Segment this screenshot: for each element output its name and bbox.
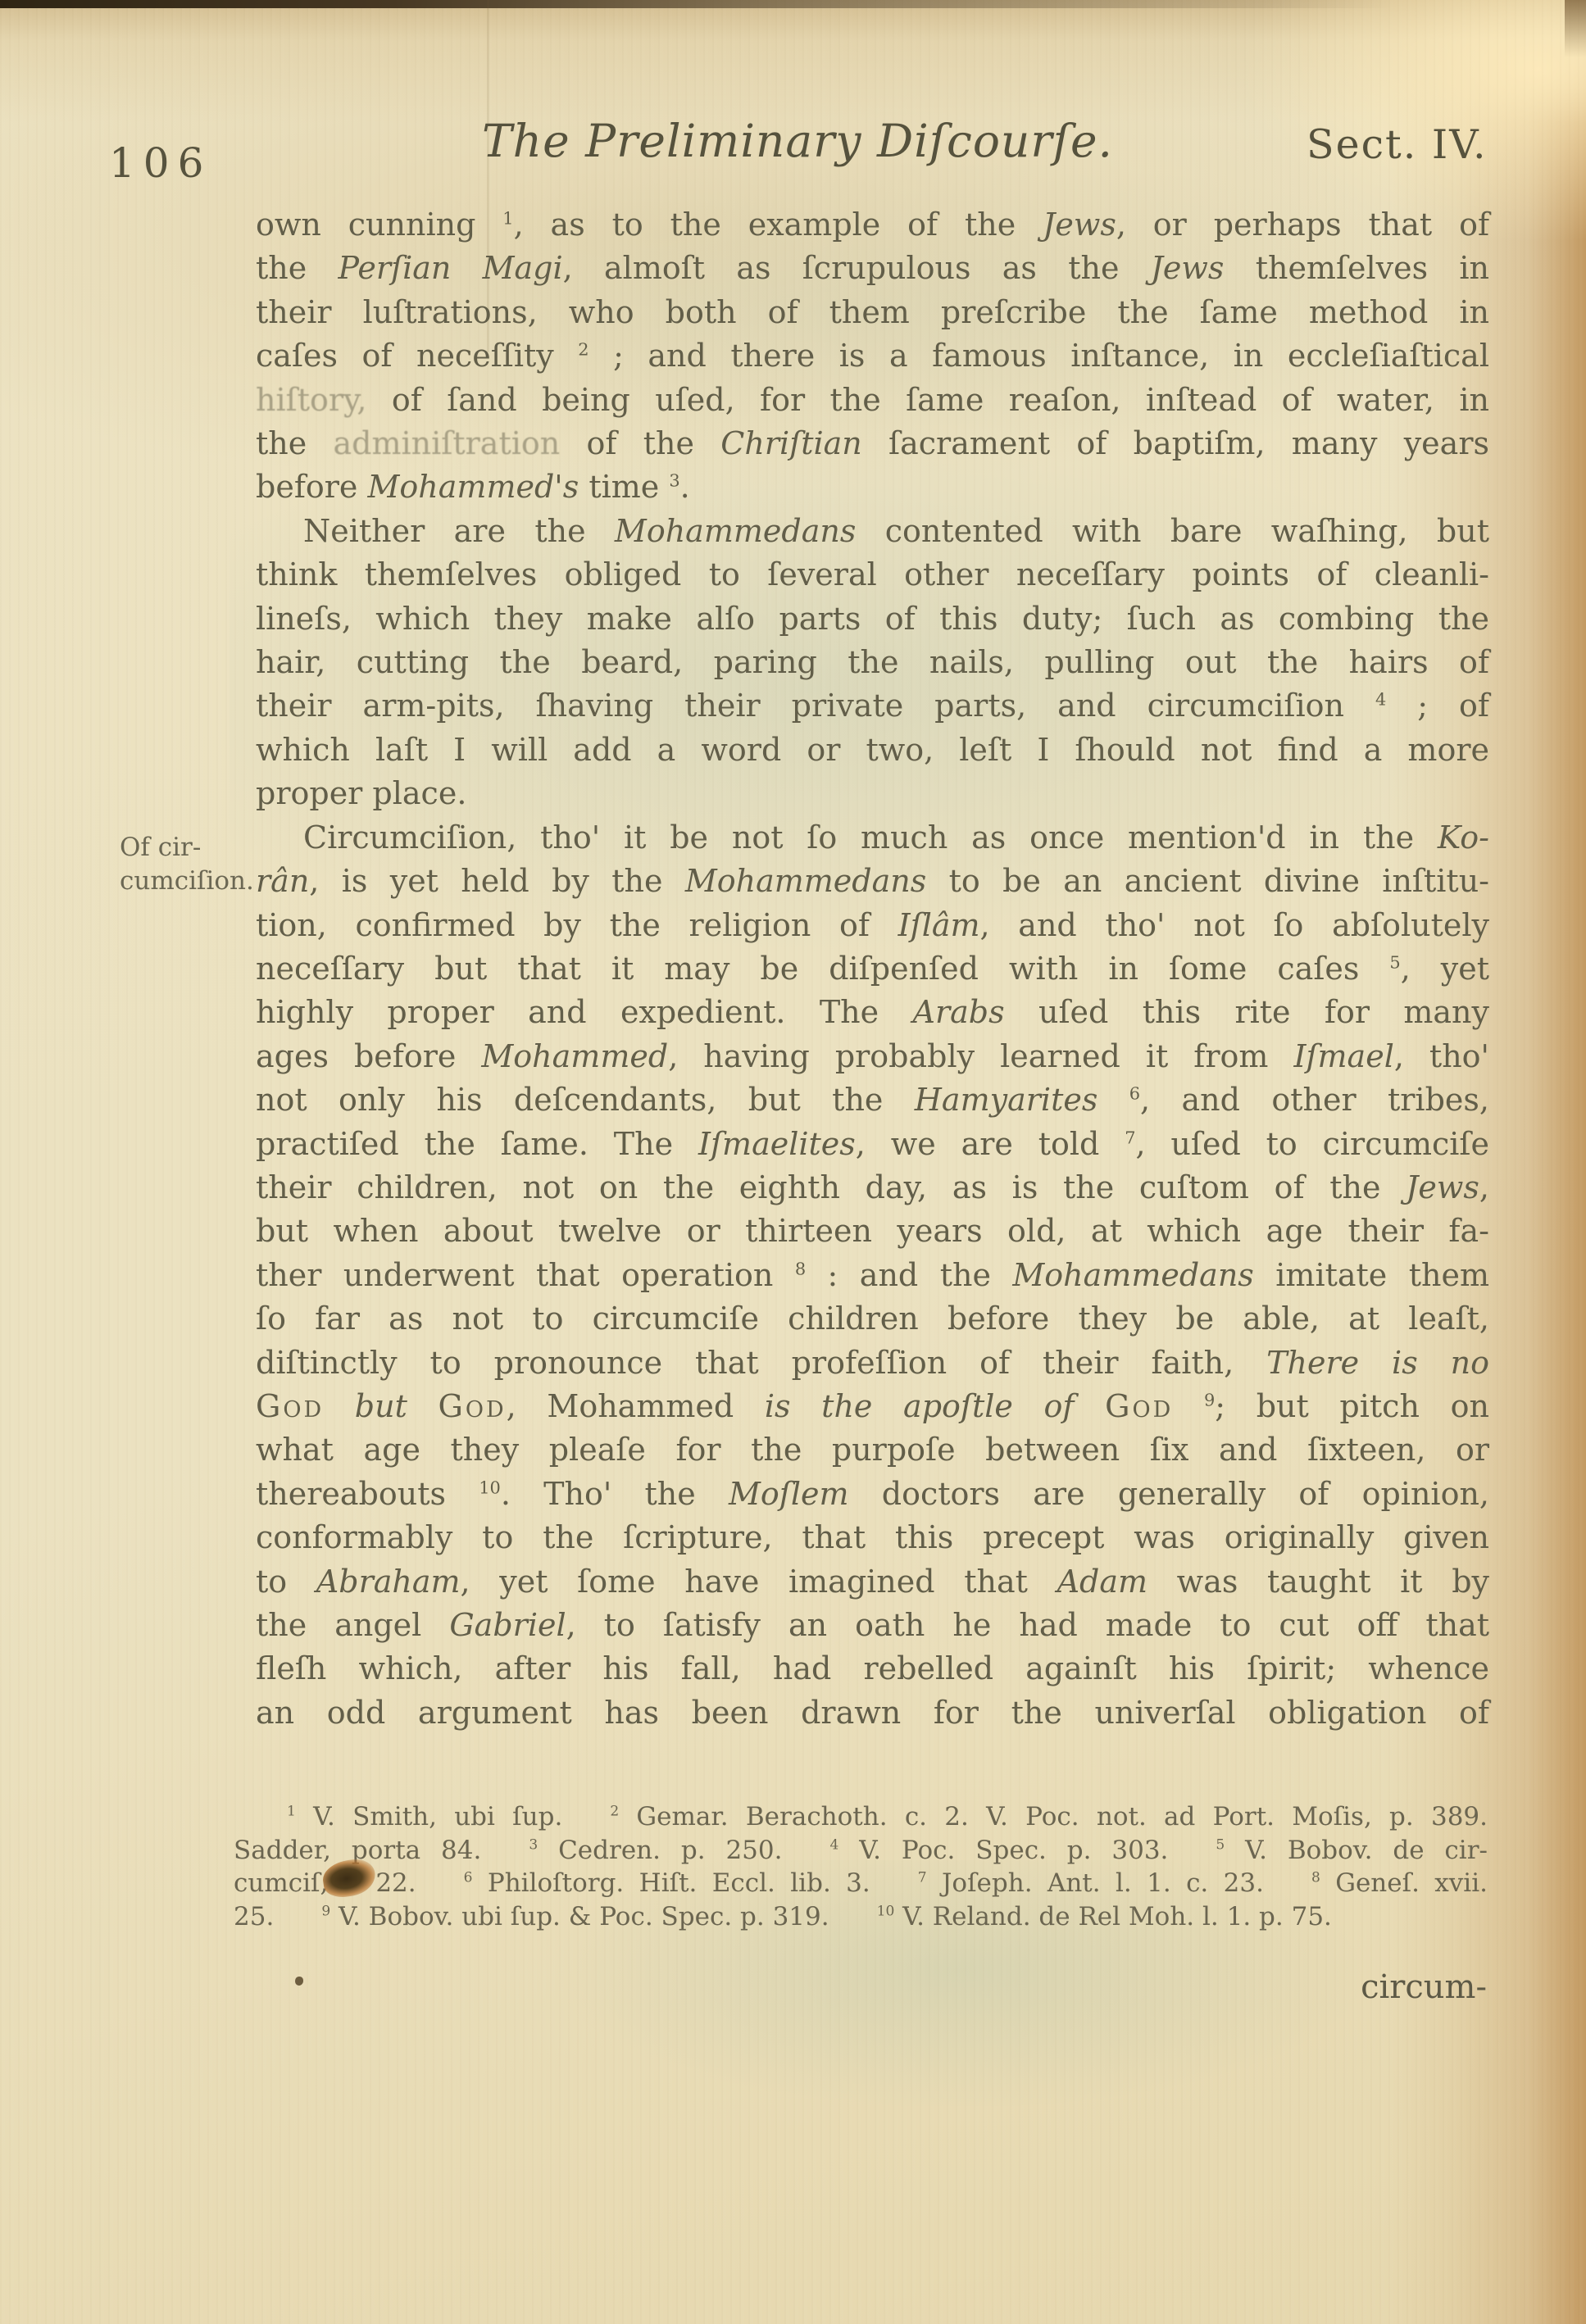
text-segment: Mohammedans [1012,1257,1253,1293]
text-segment: Mohammedans [685,863,926,899]
page-top-edge [0,0,1410,8]
text-segment: 22. [375,1868,416,1898]
text-segment: , Mohammed [507,1388,765,1424]
text-line: their arm-pits, ſhaving their private pa… [256,684,1489,728]
text-segment [1075,1388,1106,1424]
text-segment: practiſed the ſame. The [256,1126,698,1162]
running-title: The Preliminary Diſcourſe. [482,115,1113,167]
text-line: lineſs, which they make alſo parts of th… [256,597,1489,641]
text-segment: Neither are the [303,513,615,549]
text-segment: hair, cutting the beard, paring the nail… [256,644,1489,680]
text-segment: 7 [1125,1128,1135,1147]
text-segment: 25. [234,1902,274,1931]
text-segment: V. Bobov. ubi ſup. & Poc. Spec. p. 319. [330,1902,829,1931]
text-segment: ſo far as not to circumciſe children bef… [256,1300,1489,1337]
text-line: but when about twelve or thirteen years … [256,1210,1489,1253]
text-segment: was taught it by [1147,1564,1489,1600]
text-segment: , is yet held by the [309,863,685,899]
section-heading: Sect. IV. [1307,121,1488,168]
text-segment: lineſs, which they make alſo parts of th… [256,601,1489,637]
text-segment [1173,1388,1204,1424]
text-segment: thereabouts [256,1476,479,1512]
text-segment: 3 [669,471,679,491]
text-segment: Circumciſion, tho' it be not ſo much as … [303,819,1438,856]
text-segment: not only his deſcendants, but the [256,1082,915,1118]
text-segment [407,1388,439,1424]
text-segment: ; but pitch on [1215,1388,1489,1424]
text-segment: caſes of neceſſity [256,338,578,374]
text-segment: V. Reland. de Rel Moh. l. 1. p. 75. [894,1902,1332,1931]
text-segment: Joſeph. Ant. l. 1. c. 23. [927,1868,1264,1898]
text-line: highly proper and expedient. The Arabs u… [256,991,1489,1034]
text-segment: rân [256,863,309,899]
text-segment: to be an ancient divine inſtitu- [926,863,1489,899]
margin-note: Of cir- cumciſion. [120,831,271,898]
text-segment: their arm-pits, ſhaving their private pa… [256,688,1375,724]
text-line: thereabouts 10. Tho' the Moſlem doctors … [256,1473,1489,1516]
footnote-line: 1 V. Smith, ubi ſup.2 Gemar. Berachoth. … [234,1800,1488,1834]
text-line: Neither are the Mohammedans contented wi… [256,510,1489,553]
text-segment: what age they pleaſe for the purpoſe bet… [256,1432,1489,1468]
text-segment: , tho' [1394,1038,1489,1074]
text-segment: Mohammed's [368,469,579,505]
text-segment: but when about twelve or thirteen years … [256,1213,1489,1249]
text-segment: adminiſtration [334,425,561,461]
text-segment: cumciſ, [234,1868,328,1898]
text-segment: ; and there is a famous inſtance, in ecc… [589,338,1489,374]
text-segment: Hamyarites [915,1082,1098,1118]
text-segment: . Tho' the [501,1476,729,1512]
text-segment: time [579,469,669,505]
margin-note-line: Of cir- [120,831,271,865]
text-segment: , to ſatisfy an oath he had made to cut … [566,1607,1489,1643]
text-line: fleſh which, after his fall, had rebelle… [256,1647,1489,1691]
text-segment: Jews [1406,1169,1479,1205]
text-segment: which laſt I will add a word or two, leſ… [256,732,1489,768]
text-segment: Moſlem [729,1476,849,1512]
text-segment: Jews [1043,207,1116,243]
text-segment [1097,1082,1129,1118]
text-segment: 2 [578,340,589,360]
text-segment: , and other tribes, [1140,1082,1489,1118]
book-page-scan: { "page": { "number": "106", "title": "T… [0,0,1586,2324]
text-segment: 10 [877,1903,895,1919]
text-segment: the [256,425,334,461]
text-segment: , almoſt as ſcrupulous as the [563,250,1151,286]
footnotes: 1 V. Smith, ubi ſup.2 Gemar. Berachoth. … [234,1800,1488,1933]
text-segment: think themſelves obliged to ſeveral othe… [256,556,1489,592]
text-line: an odd argument has been drawn for the u… [256,1691,1489,1735]
text-segment: fleſh which, after his fall, had rebelle… [256,1650,1489,1686]
text-line: practiſed the ſame. The Iſmaelites, we a… [256,1123,1489,1166]
footnote-line: cumciſ,22.6 Philoſtorg. Hiſt. Eccl. lib.… [234,1867,1488,1900]
text-segment: is the apoſtle of [765,1388,1075,1424]
text-segment: , we are told [856,1126,1125,1162]
text-segment: the angel [256,1607,449,1643]
text-segment: conformably to the ſcripture, that this … [256,1519,1489,1555]
text-segment: God [439,1388,507,1424]
text-segment: neceſſary but that it may be diſpenſed w… [256,951,1389,987]
text-segment: imitate them [1254,1257,1489,1293]
text-line: the Perſian Magi, almoſt as ſcrupulous a… [256,247,1489,290]
text-segment: Mohammedans [615,513,856,549]
text-segment: V. Smith, ubi ſup. [296,1802,562,1832]
text-line: the adminiſtration of the Chriſtian ſacr… [256,422,1489,465]
text-line: ages before Mohammed, having probably le… [256,1035,1489,1078]
text-line: ſo far as not to circumciſe children bef… [256,1297,1489,1341]
text-segment: Iſlâm [898,907,980,943]
text-segment: 9 [321,1903,330,1919]
text-segment: , having probably learned it from [668,1038,1293,1074]
text-line: Circumciſion, tho' it be not ſo much as … [256,816,1489,860]
text-segment: , and tho' not ſo abſolutely [980,907,1489,943]
text-line: the angel Gabriel, to ſatisfy an oath he… [256,1604,1489,1647]
text-line: tion, confirmed by the religion of Iſlâm… [256,904,1489,947]
text-segment [324,1388,355,1424]
text-segment: 6 [1129,1083,1140,1103]
text-segment: , as to the example of the [514,207,1043,243]
text-segment: , yet ſome have imagined that [461,1564,1057,1600]
text-segment: 2 [610,1804,619,1820]
text-line: caſes of neceſſity 2 ; and there is a fa… [256,334,1489,378]
text-segment: Chriſtian [720,425,861,461]
text-segment: 1 [287,1804,296,1820]
text-segment: : and the [806,1257,1012,1293]
text-segment: Iſmaelites [698,1126,856,1162]
body-text: own cunning 1, as to the example of the … [256,203,1489,1735]
text-segment: 8 [795,1259,806,1278]
text-segment: Arabs [913,994,1005,1030]
text-segment: before [256,469,368,505]
text-segment: Cedren. p. 250. [538,1836,782,1865]
text-segment: . [680,469,690,505]
margin-note-line: cumciſion. [120,865,271,898]
text-segment: Mohammed [481,1038,668,1074]
text-segment: 3 [529,1836,538,1853]
text-segment: of ſand being uſed, for the ſame reaſon,… [367,382,1489,418]
page-number: 106 [109,139,211,187]
text-segment: 6 [464,1870,473,1886]
text-segment: Jews [1151,250,1225,286]
text-segment: 1 [502,208,513,228]
text-segment: the [256,250,339,286]
text-segment: ther underwent that operation [256,1257,795,1293]
text-segment: Geneſ. xvii. [1320,1868,1488,1898]
text-segment: Perſian Magi [339,250,563,286]
text-segment: Abraham [316,1564,461,1600]
text-line: proper place. [256,772,1489,815]
text-segment: 4 [829,1836,838,1853]
text-segment: , yet [1401,951,1489,987]
text-line: rân, is yet held by the Mohammedans to b… [256,860,1489,903]
text-segment: 7 [918,1870,927,1886]
text-segment: uſed this rite for many [1005,994,1489,1030]
text-line: to Abraham, yet ſome have imagined that … [256,1560,1489,1604]
text-segment: 9 [1204,1390,1215,1409]
text-segment: 5 [1216,1836,1225,1853]
text-segment: to [256,1564,316,1600]
text-segment: tion, confirmed by the religion of [256,907,898,943]
text-segment: Gemar. Berachoth. c. 2. V. Poc. not. ad … [619,1802,1488,1832]
text-segment: There is no [1266,1345,1489,1381]
text-segment: of the [560,425,720,461]
text-segment: Philoſtorg. Hiſt. Eccl. lib. 3. [472,1868,870,1898]
text-segment: God [1105,1388,1173,1424]
text-segment: ages before [256,1038,481,1074]
footnote-line: 25.9 V. Bobov. ubi ſup. & Poc. Spec. p. … [234,1900,1488,1934]
text-line: their luſtrations, who both of them preſ… [256,291,1489,334]
text-line: think themſelves obliged to ſeveral othe… [256,553,1489,597]
text-segment: 5 [1389,952,1400,972]
text-line: diſtinctly to pronounce that profeſſion … [256,1341,1489,1385]
text-segment: highly proper and expedient. The [256,994,913,1030]
text-segment: 8 [1311,1870,1320,1886]
text-segment: ; of [1386,688,1489,724]
text-segment: Iſmael [1293,1038,1393,1074]
ink-speck [295,1977,303,1986]
text-segment: Adam [1057,1564,1147,1600]
footnote-line: Sadder, porta 84.3 Cedren. p. 250.4 V. P… [234,1834,1488,1868]
text-line: not only his deſcendants, but the Hamyar… [256,1078,1489,1122]
text-segment: , or perhaps that of [1116,207,1489,243]
text-line: conformably to the ſcripture, that this … [256,1516,1489,1559]
text-line: what age they pleaſe for the purpoſe bet… [256,1428,1489,1472]
text-segment: their children, not on the eighth day, a… [256,1169,1406,1205]
text-segment: 10 [479,1477,501,1497]
text-segment: doctors are generally of opinion, [849,1476,1490,1512]
text-segment: but [355,1388,407,1424]
text-segment: God [256,1388,324,1424]
text-segment: Ko- [1438,819,1489,856]
text-line: own cunning 1, as to the example of the … [256,203,1489,247]
text-segment: Gabriel [449,1607,566,1643]
text-segment: , uſed to circumciſe [1136,1126,1490,1162]
text-line: hair, cutting the beard, paring the nail… [256,641,1489,684]
text-segment: hiſtory, [256,382,367,418]
text-segment: 4 [1375,690,1386,710]
text-line: which laſt I will add a word or two, leſ… [256,729,1489,772]
text-segment: themſelves in [1224,250,1489,286]
page-corner-shadow [1565,0,1586,57]
text-segment: V. Bobov. de cir- [1225,1836,1488,1865]
text-line: ther underwent that operation 8 : and th… [256,1254,1489,1297]
text-line: God but God, Mohammed is the apoſtle of … [256,1385,1489,1428]
text-segment: an odd argument has been drawn for the u… [256,1695,1489,1731]
text-line: hiſtory, of ſand being uſed, for the ſam… [256,379,1489,422]
catchword: circum- [1361,1968,1487,2006]
text-segment: own cunning [256,207,502,243]
text-segment: ſacrament of baptiſm, many years [862,425,1489,461]
text-segment: , [1479,1169,1489,1205]
text-line: their children, not on the eighth day, a… [256,1166,1489,1210]
text-segment: diſtinctly to pronounce that profeſſion … [256,1345,1266,1381]
text-segment: contented with bare waſhing, but [856,513,1489,549]
text-segment: their luſtrations, who both of them preſ… [256,294,1489,330]
text-line: before Mohammed's time 3. [256,465,1489,509]
text-line: neceſſary but that it may be diſpenſed w… [256,947,1489,991]
text-segment: proper place. [256,775,466,811]
text-segment: V. Poc. Spec. p. 303. [838,1836,1168,1865]
